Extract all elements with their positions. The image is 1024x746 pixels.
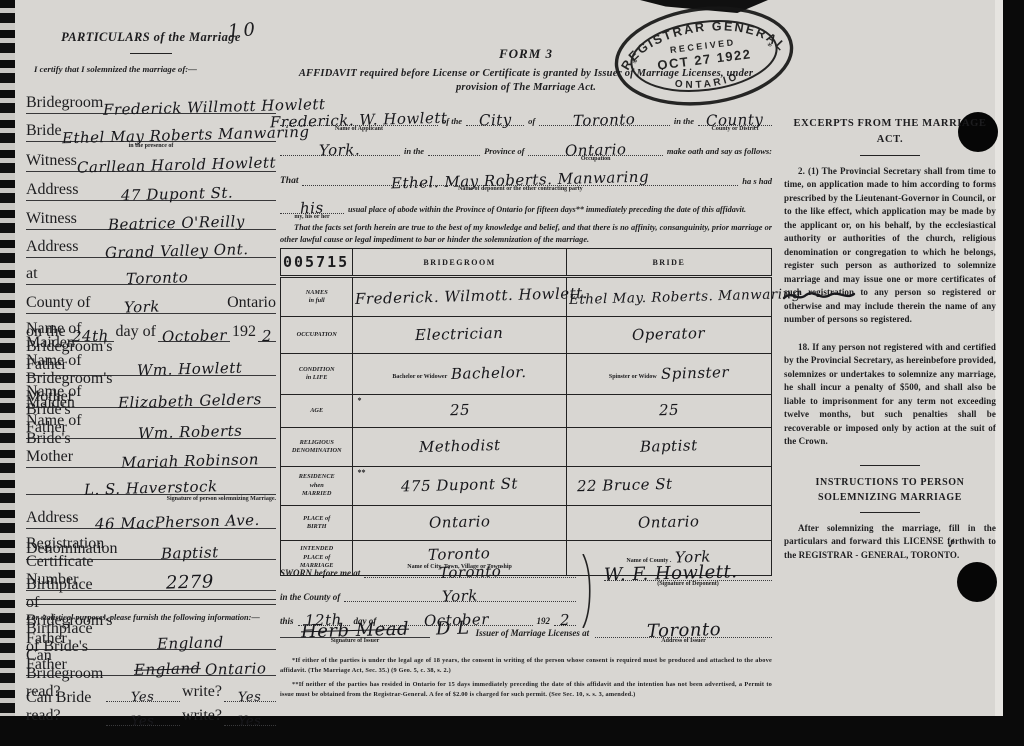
- instructions-text: After solemnizing the marriage, fill in …: [784, 522, 996, 563]
- reg-cert-value: 2279: [166, 573, 214, 592]
- residence-groom: 475 Dupont St: [401, 476, 518, 494]
- issuer-at-caption: Address of Issuer: [661, 638, 706, 644]
- excerpts-title-1: EXCERPTS FROM THE MARRIAGE: [793, 118, 986, 129]
- province-of-label: Province of: [484, 146, 524, 156]
- instructions-top-rule: [860, 465, 920, 466]
- issuer-signature-caption: Signature of Issuer: [331, 638, 380, 644]
- field-bride: Bride Ethel May Roberts Manwaring: [26, 114, 276, 142]
- row-condition: CONDITIONin LIFE Bachelor or Widower Bac…: [281, 354, 772, 395]
- excerpt-section-18: 18. If any person not registered with an…: [784, 341, 996, 449]
- footnote-2: **If neither of the parties has resided …: [280, 680, 772, 700]
- at-label: at: [26, 265, 38, 284]
- bridegroom-label: Bridegroom: [26, 94, 103, 113]
- row-age: AGE *25 25: [281, 395, 772, 428]
- torn-left-edge: [0, 0, 15, 716]
- footnote-1: *If either of the parties is under the l…: [280, 656, 772, 676]
- in-the-label-2: in the: [404, 146, 424, 156]
- bride-read-value: Yes: [131, 715, 155, 729]
- residence-stars: **: [357, 468, 365, 477]
- birthplace-groom: Ontario: [429, 514, 491, 531]
- row-names: NAMESin full Frederick. Wilmott. Howlett…: [281, 277, 772, 317]
- field-witness2: Witness Beatrice O'Reilly: [26, 201, 276, 230]
- groom-write-label: write?: [182, 683, 222, 702]
- row-residence: RESIDENCEwhenMARRIED **475 Dupont St 22 …: [281, 467, 772, 506]
- religion-groom: Methodist: [419, 438, 501, 455]
- sworn-at-label: SWORN before me at: [280, 568, 360, 578]
- row-birthplace: PLACE ofBIRTH Ontario Ontario: [281, 506, 772, 541]
- age-label: AGE: [281, 395, 353, 428]
- age-bride: 25: [659, 403, 679, 419]
- field-solemnizer-signature: L. S. Haverstock: [26, 468, 276, 495]
- in-the-label: in the: [674, 116, 694, 126]
- place-value: Toronto: [573, 112, 636, 129]
- instructions-title-2: SOLEMNIZING MARRIAGE: [818, 492, 962, 503]
- condition-label: CONDITION: [283, 366, 350, 375]
- issuer-line: Herb Mead Signature of Issuer D L Issuer…: [280, 620, 772, 638]
- religion-bride: Baptist: [640, 438, 698, 455]
- instructions-rule: [860, 512, 920, 513]
- affidavit-line-2: York. in the Province of Ontario Occupat…: [280, 130, 772, 156]
- excerpts-title-2: ACT.: [877, 134, 903, 145]
- condition-bride: Spinster: [661, 365, 729, 382]
- province-note: Ontario: [227, 294, 276, 313]
- serial-number: 005715: [281, 249, 353, 277]
- residence-label: RESIDENCE: [283, 473, 350, 482]
- bride-write-value: Yes: [238, 715, 262, 729]
- issuer-at-label: Issuer of Marriage Licenses at: [476, 628, 590, 638]
- condition-groom: Bachelor.: [451, 365, 527, 382]
- pen-scribble: [782, 288, 856, 304]
- particulars-title: PARTICULARS of the Marriage: [26, 30, 276, 45]
- intended-label: INTENDED: [283, 545, 350, 554]
- scanned-marriage-affidavit: ✓ 10 REGISTRAR GENERAL RECEIVED OCT 27 1…: [0, 0, 1024, 746]
- deponent-signature-caption: (Signature of Deponent): [657, 581, 719, 587]
- deponent-signature-block: W. F. Howlett. (Signature of Deponent): [604, 554, 772, 581]
- occupation-label: OCCUPATION: [281, 317, 353, 354]
- page-right-edge: [995, 0, 1003, 746]
- condition-sub-groom: Bachelor or Widower: [392, 374, 447, 380]
- sworn-county-label: in the County of: [280, 592, 340, 602]
- title-rule: [130, 53, 172, 54]
- ha-had-label: ha s had: [742, 176, 772, 186]
- age-groom: 25: [449, 403, 469, 419]
- field-address1: Address 47 Dupont St.: [26, 172, 276, 201]
- row-religion: RELIGIOUSDENOMINATION Methodist Baptist: [281, 428, 772, 467]
- facts-paragraph: That the facts set forth herein are true…: [280, 222, 772, 246]
- that-label: That: [280, 176, 298, 186]
- address1-label: Address: [26, 181, 78, 200]
- of-label: of: [528, 116, 535, 126]
- abode-text: usual place of abode within the Province…: [348, 205, 746, 214]
- occupation-groom: Electrician: [415, 326, 504, 343]
- scanner-background-right: [1003, 0, 1024, 746]
- sworn-brace: [580, 554, 594, 628]
- oath-text: make oath and say as follows:: [667, 146, 772, 156]
- mother-bride-label: Maiden Name of Bride's Mother: [26, 394, 104, 467]
- solemnizer-signature: L. S. Haverstock: [84, 479, 218, 497]
- occupation-bride: Operator: [632, 326, 705, 343]
- field-address3: Address 46 MacPherson Ave.: [26, 502, 276, 529]
- particulars-panel: PARTICULARS of the Marriage I certify th…: [26, 30, 276, 726]
- footnotes: *If either of the parties is under the l…: [280, 656, 772, 700]
- affidavit-table: 005715 BRIDEGROOM BRIDE NAMESin full Fre…: [280, 248, 772, 576]
- affidavit-line-4: his my, his or her usual place of abode …: [280, 190, 772, 214]
- field-bridegroom: Bridegroom Frederick Willmott Howlett: [26, 84, 276, 114]
- address3-label: Address: [26, 509, 78, 528]
- day-of-label: day of: [116, 323, 156, 342]
- pronoun-caption: my, his or her: [294, 214, 329, 220]
- field-address2: Address Grand Valley Ont.: [26, 230, 276, 258]
- county-label: County of: [26, 294, 90, 313]
- bride-label: Bride: [26, 122, 62, 141]
- field-at: at Toronto: [26, 258, 276, 285]
- birthplace-bride: Ontario: [638, 514, 700, 531]
- affidavit-line-1: Frederick. W. Howlett Name of Applicant …: [280, 100, 772, 126]
- can-bride-label: Can Bride read?: [26, 689, 104, 726]
- birthplace-label: PLACE of: [283, 515, 350, 524]
- form-number: FORM 3: [280, 46, 772, 62]
- witness2-label: Witness: [26, 210, 77, 229]
- bridegroom-column-header: BRIDEGROOM: [353, 249, 566, 277]
- bride-column-header: BRIDE: [566, 249, 771, 277]
- certify-line: I certify that I solemnized the marriage…: [34, 64, 276, 74]
- county-value: York.: [319, 142, 361, 158]
- table-header-row: 005715 BRIDEGROOM BRIDE: [281, 249, 772, 277]
- affidavit-heading-1: AFFIDAVIT required before License or Cer…: [280, 68, 772, 79]
- names-groom: Frederick. Wilmott. Howlett.: [355, 286, 588, 307]
- field-can-bride: Can Bride read? Yes write? Yes: [26, 702, 276, 726]
- field-mother-bride: Maiden Name of Bride's Mother Mariah Rob…: [26, 439, 276, 468]
- sworn-at-value: Toronto: [439, 564, 502, 581]
- residence-bride: 22 Bruce St: [577, 477, 673, 494]
- bride-write-label: write?: [182, 707, 222, 726]
- witness1-label: Witness: [26, 152, 77, 171]
- field-county: County of York Ontario: [26, 285, 276, 314]
- excerpts-title-rule: [860, 155, 920, 156]
- row-occupation: OCCUPATION Electrician Operator: [281, 317, 772, 354]
- field-witness1: Witness Carllean Harold Howlett: [26, 149, 276, 172]
- excerpts-panel: EXCERPTS FROM THE MARRIAGE ACT. 2. (1) T…: [784, 116, 996, 576]
- names-label: NAMES: [283, 289, 350, 298]
- age-star: *: [357, 396, 361, 405]
- religion-label: RELIGIOUS: [283, 439, 350, 448]
- place-type: City: [478, 113, 511, 129]
- year-prefix: 192: [232, 323, 256, 342]
- condition-sub-bride: Spinster or Widow: [609, 374, 657, 380]
- sworn-county-value: York: [442, 589, 478, 605]
- address2-label: Address: [26, 238, 78, 257]
- affidavit-line-3: That Ethel. May Roberts. Manwaring Name …: [280, 160, 772, 186]
- instructions-title-1: INSTRUCTIONS TO PERSON: [816, 477, 965, 488]
- names-bride: Ethel May. Roberts. Manwaring: [569, 288, 801, 308]
- sworn-section: SWORN before me at Toronto in the County…: [280, 554, 772, 650]
- issuer-initials: D L: [436, 620, 470, 639]
- affidavit-heading-2: provision of The Marriage Act.: [280, 82, 772, 93]
